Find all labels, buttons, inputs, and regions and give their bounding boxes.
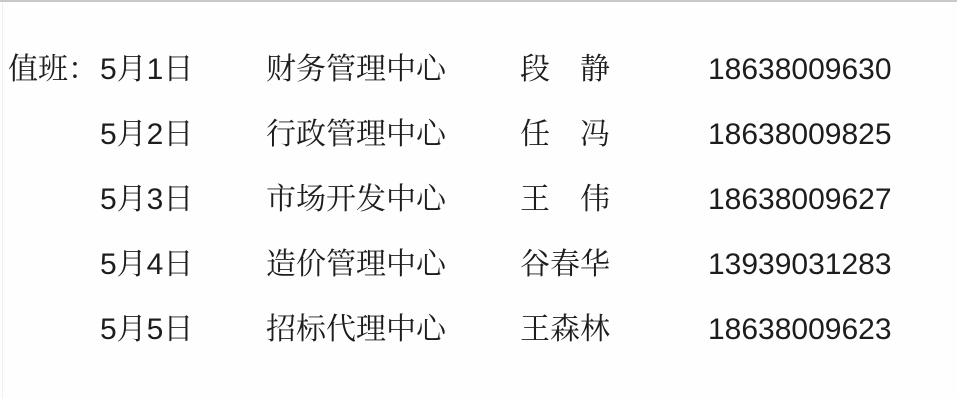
duty-department: 财务管理中心 — [266, 55, 520, 85]
duty-phone-number: 18638009825 — [708, 120, 957, 150]
duty-person-name: 任 冯 — [520, 120, 708, 150]
duty-person-name: 王 伟 — [520, 185, 708, 215]
duty-department: 招标代理中心 — [266, 315, 520, 345]
duty-row: 5月5日 招标代理中心 王森林 18638009623 — [0, 297, 957, 362]
duty-date: 5月3日 — [100, 185, 266, 215]
duty-date: 5月2日 — [100, 120, 266, 150]
duty-department: 造价管理中心 — [266, 250, 520, 280]
duty-date: 5月1日 — [100, 55, 266, 85]
left-edge-line — [2, 2, 3, 399]
duty-person-name: 谷春华 — [520, 250, 708, 280]
duty-date: 5月5日 — [100, 315, 266, 345]
duty-phone-number: 18638009630 — [708, 55, 957, 85]
duty-schedule: 值班： 5月1日 财务管理中心 段 静 18638009630 5月2日 行政管… — [0, 0, 957, 362]
duty-person-name: 王森林 — [520, 315, 708, 345]
duty-row: 值班： 5月1日 财务管理中心 段 静 18638009630 — [0, 37, 957, 102]
duty-row: 5月3日 市场开发中心 王 伟 18638009627 — [0, 167, 957, 232]
duty-label: 值班： — [0, 55, 100, 85]
duty-person-name: 段 静 — [520, 55, 708, 85]
duty-department: 市场开发中心 — [266, 185, 520, 215]
duty-date: 5月4日 — [100, 250, 266, 280]
duty-phone-number: 18638009627 — [708, 185, 957, 215]
top-divider-bar — [0, 0, 957, 2]
duty-row: 5月2日 行政管理中心 任 冯 18638009825 — [0, 102, 957, 167]
duty-department: 行政管理中心 — [266, 120, 520, 150]
duty-row: 5月4日 造价管理中心 谷春华 13939031283 — [0, 232, 957, 297]
duty-phone-number: 18638009623 — [708, 315, 957, 345]
duty-phone-number: 13939031283 — [708, 250, 957, 280]
